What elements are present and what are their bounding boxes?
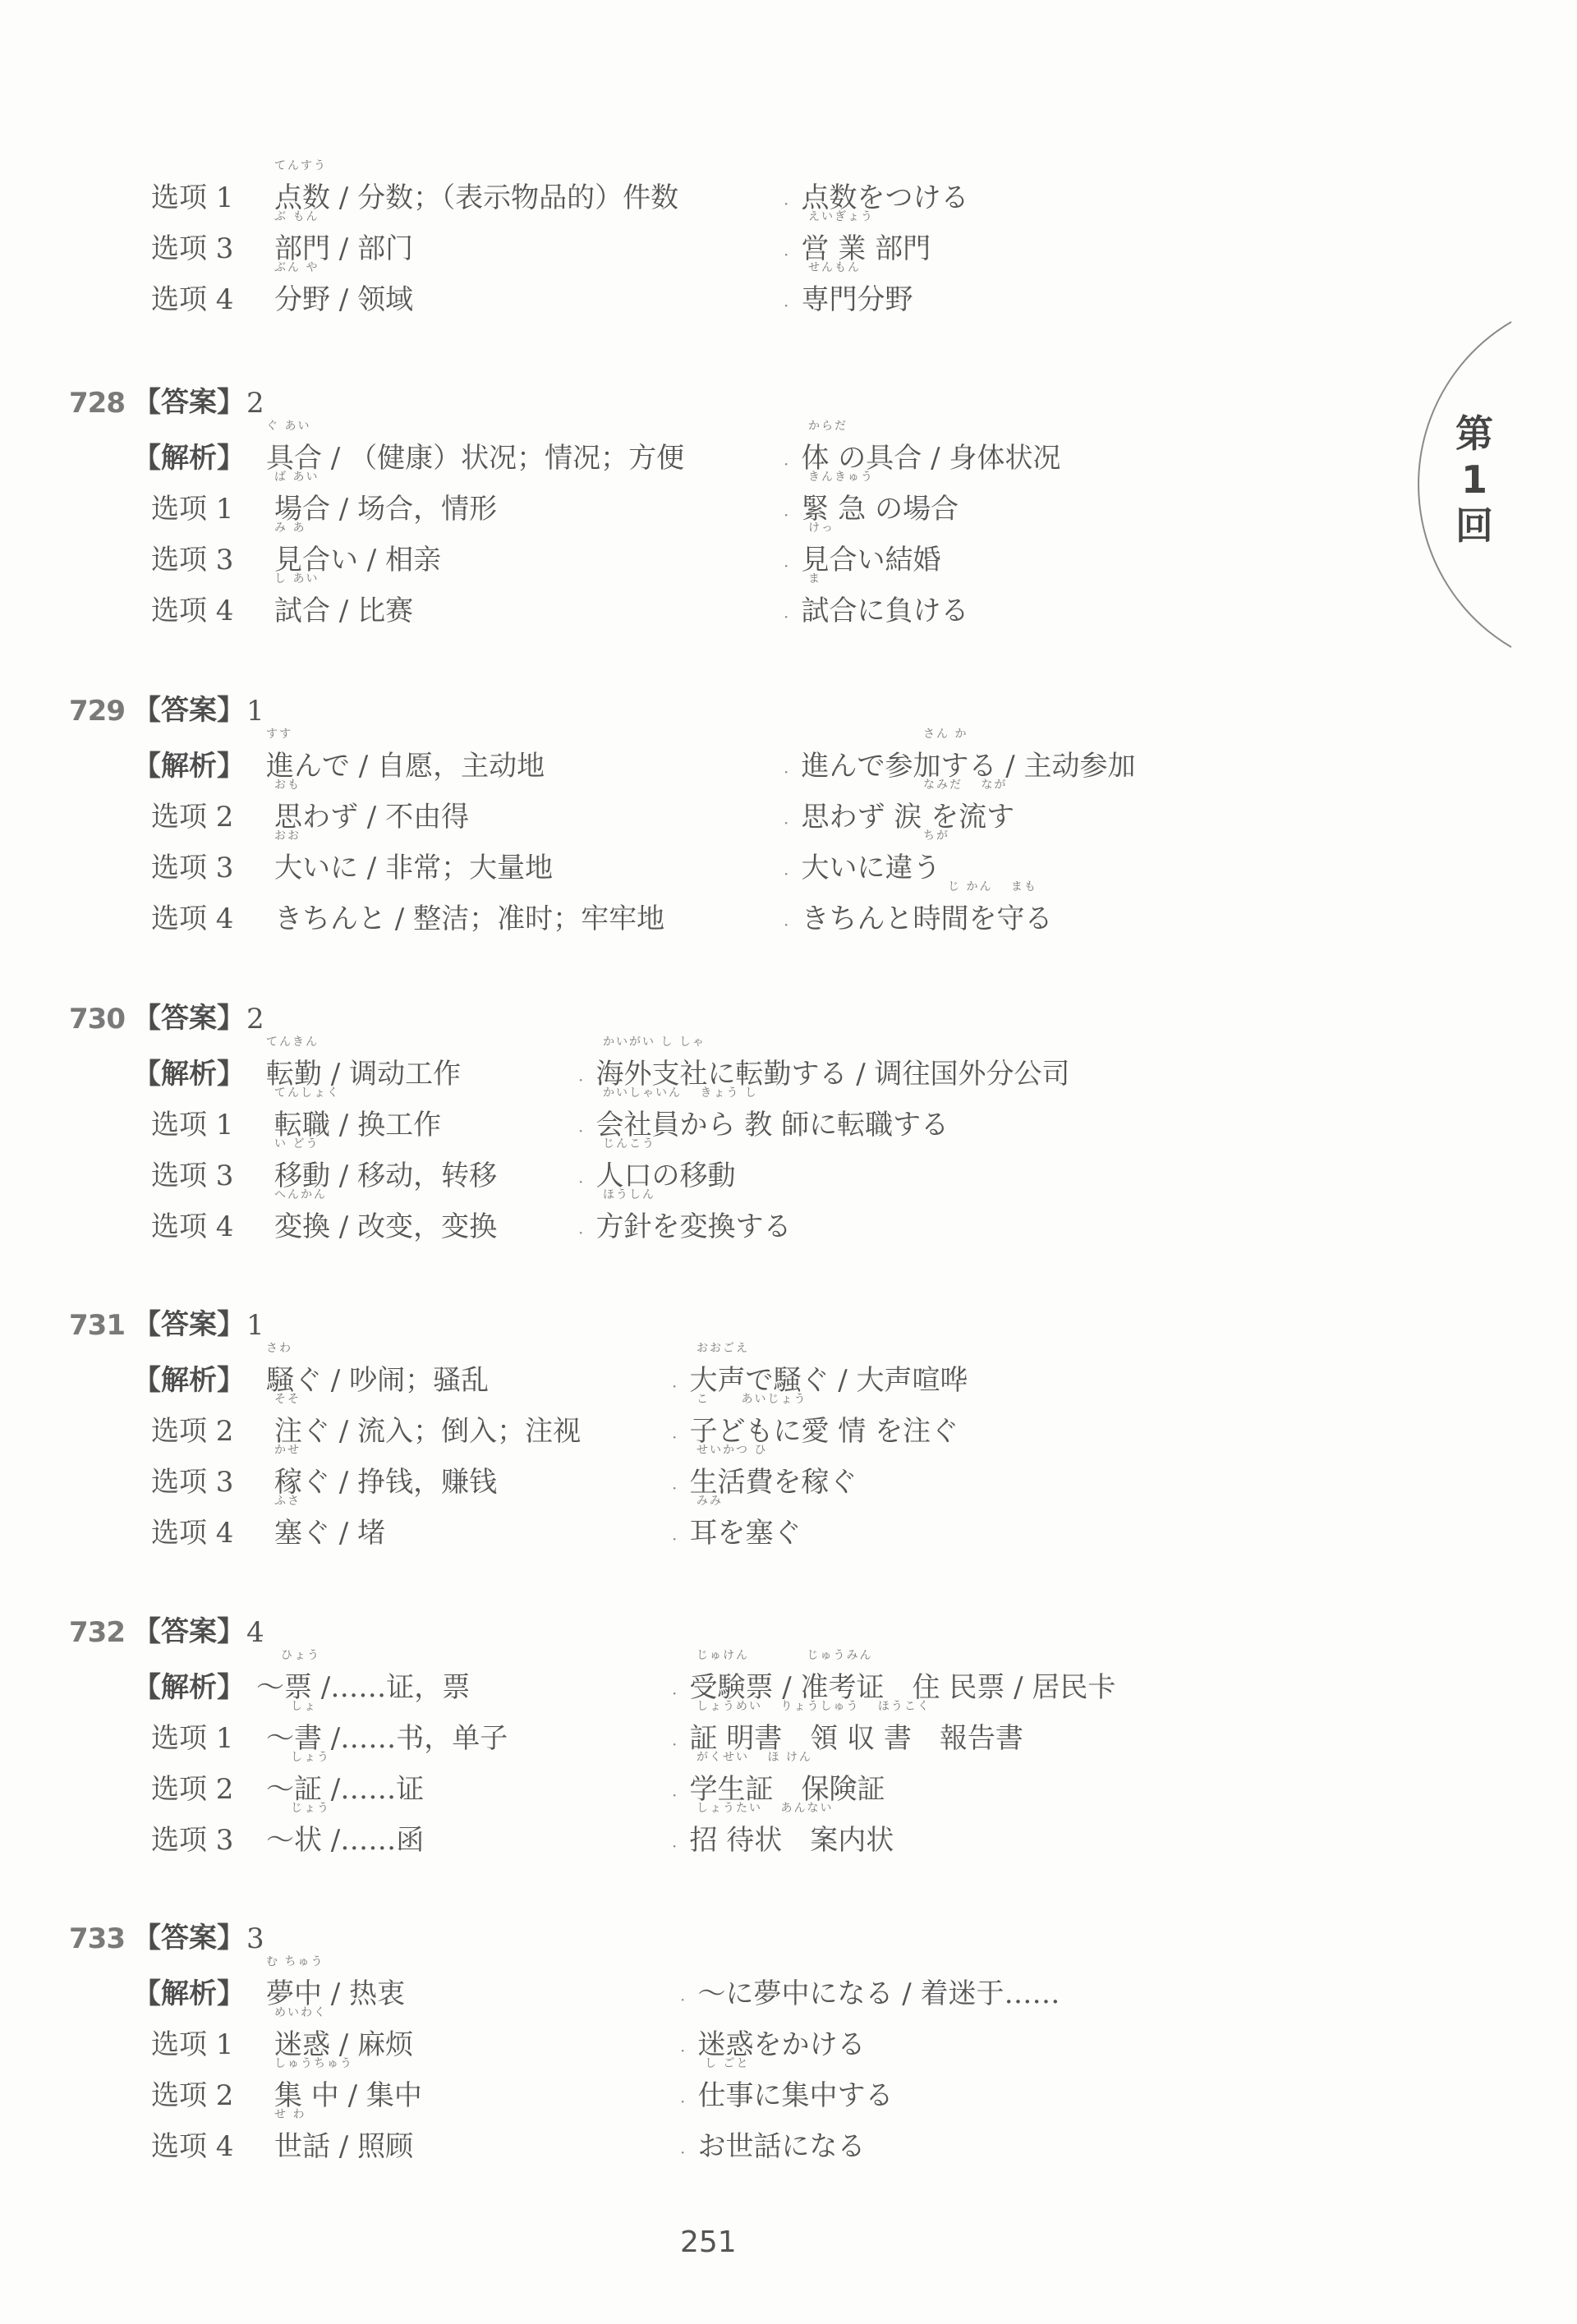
answer-line: 729 【答案】 1 — [69, 682, 264, 728]
example-text: 専門分野 — [801, 283, 913, 316]
example: · ～に夢中になる / 着迷于…… — [680, 1971, 1060, 2011]
term-text: 塞ぐ / 堵 — [274, 1517, 385, 1550]
example: · お世話になる — [680, 2124, 865, 2164]
option-label: 选项 3 — [151, 537, 233, 577]
term-ruby: すす — [266, 725, 292, 742]
question-number: 729 — [69, 695, 133, 728]
example-ruby: ま — [808, 570, 821, 586]
bullet-dot-icon: · — [672, 1734, 677, 1754]
term: おお 大いに / 非常；大量地 — [274, 845, 553, 885]
term: そそ 注ぐ / 流入；倒入；注视 — [274, 1408, 581, 1449]
option-label: 选项 4 — [151, 1510, 233, 1550]
example-text: きちんと時間を守る — [801, 903, 1052, 935]
bullet-dot-icon: · — [672, 1683, 677, 1703]
term: へんかん 変換 / 改变，变换 — [274, 1204, 497, 1244]
option-label: 选项 2 — [151, 2073, 233, 2113]
bullet-dot-icon: · — [784, 505, 788, 525]
term: ば あい 場合 / 场合，情形 — [274, 486, 497, 526]
term: てんすう 点数 / 分数；（表示物品的）件数 — [274, 175, 678, 215]
example-ruby: じんこう — [603, 1135, 655, 1151]
term-ruby: おも — [274, 776, 301, 792]
bullet-dot-icon: · — [680, 1990, 685, 2009]
term-ruby: かせ — [274, 1441, 301, 1458]
bullet-dot-icon: · — [680, 2041, 685, 2060]
term-text: 試合 / 比赛 — [274, 595, 413, 627]
term-ruby: む ちゅう — [266, 1953, 324, 1969]
term-text: 点数 / 分数；（表示物品的）件数 — [274, 181, 678, 214]
option-label: 选项 1 — [151, 175, 233, 215]
option-label: 选项 2 — [151, 1408, 233, 1449]
example-text: 仕事に集中する — [697, 2079, 893, 2112]
example-ruby: みみ — [697, 1492, 723, 1509]
example-ruby: せんもん — [808, 259, 861, 275]
question-number: 730 — [69, 1003, 133, 1036]
question-number: 731 — [69, 1309, 133, 1342]
example-ruby: けっ — [808, 519, 834, 535]
bullet-dot-icon: · — [578, 1070, 583, 1090]
term: おも 思わず / 不由得 — [274, 794, 469, 834]
example-ruby: かいがい し しゃ — [603, 1033, 706, 1049]
bullet-dot-icon: · — [672, 1529, 677, 1549]
example: · けっ 見合い結婚 — [784, 537, 940, 577]
answer-value: 1 — [246, 695, 264, 728]
option-label: 选项 4 — [151, 896, 233, 936]
term-ruby: てんすう — [274, 157, 327, 173]
option-label: 选项 3 — [151, 1153, 233, 1193]
example: · せんもん 専門分野 — [784, 277, 913, 317]
bullet-dot-icon: · — [784, 915, 788, 935]
term-ruby: み あ — [274, 519, 306, 535]
answer-label: 【答案】 — [133, 1302, 245, 1342]
answer-line: 728 【答案】 2 — [69, 374, 264, 420]
answer-label: 【答案】 — [133, 1915, 245, 1955]
option-label: 选项 2 — [151, 1766, 233, 1807]
bullet-dot-icon: · — [672, 1785, 677, 1805]
term-text: 具合 / （健康）状况；情况；方便 — [266, 442, 684, 475]
term-text: 分野 / 领域 — [274, 283, 413, 316]
bullet-dot-icon: · — [784, 194, 788, 214]
page-number: 251 — [680, 2225, 737, 2259]
term-ruby: ひょう — [281, 1647, 320, 1663]
example: · ちが 大いに違う — [784, 845, 940, 885]
term-ruby: へんかん — [274, 1186, 327, 1202]
term-text: ～票 /……证，票 — [256, 1671, 470, 1704]
term: ぶん や 分野 / 领域 — [274, 277, 413, 317]
term: きちんと / 整洁；准时；牢牢地 — [274, 896, 664, 936]
chapter-char: 第 — [1454, 411, 1495, 457]
term: じょう ～状 /……函 — [266, 1817, 424, 1858]
example: · ま 試合に負ける — [784, 588, 968, 628]
bullet-dot-icon: · — [784, 245, 788, 264]
term-text: 進んで / 自愿，主动地 — [266, 750, 545, 783]
option-label: 选项 4 — [151, 277, 233, 317]
bullet-dot-icon: · — [578, 1172, 583, 1192]
bullet-dot-icon: · — [672, 1836, 677, 1856]
chapter-char: 回 — [1454, 503, 1495, 549]
term: ふさ 塞ぐ / 堵 — [274, 1510, 385, 1550]
term-text: 注ぐ / 流入；倒入；注视 — [274, 1415, 581, 1448]
question-number: 733 — [69, 1922, 133, 1955]
term-ruby: てんきん — [266, 1033, 319, 1049]
bullet-dot-icon: · — [672, 1478, 677, 1498]
option-label: 选项 1 — [151, 2022, 233, 2062]
example-ruby: さん か — [923, 725, 968, 742]
example-text: 思わず 涙 を流す — [801, 801, 1014, 834]
chapter-side-tab: 第 1 回 — [1396, 320, 1577, 649]
term: し あい 試合 / 比赛 — [274, 588, 413, 628]
term: ぐ あい 具合 / （健康）状况；情况；方便 — [266, 435, 684, 475]
analysis-label: 【解析】 — [133, 435, 245, 475]
example-ruby: し ごと — [705, 2055, 749, 2071]
term: すす 進んで / 自愿，主动地 — [266, 743, 545, 783]
option-label: 选项 1 — [151, 1715, 233, 1756]
answer-line: 730 【答案】 2 — [69, 990, 264, 1036]
analysis-label: 【解析】 — [133, 1971, 245, 2011]
analysis-label: 【解析】 — [133, 1051, 245, 1091]
bullet-dot-icon: · — [784, 762, 788, 782]
example-ruby: しょうたい あんない — [697, 1799, 833, 1816]
example-ruby: なみだ なが — [923, 776, 1007, 792]
term-ruby: ふさ — [274, 1492, 301, 1509]
bullet-dot-icon: · — [784, 454, 788, 474]
example-ruby: じゅけん じゅうみん — [697, 1647, 872, 1663]
example: · し ごと 仕事に集中する — [680, 2073, 893, 2113]
option-label: 选项 4 — [151, 2124, 233, 2164]
example-ruby: しょうめい りょうしゅう ほうこく — [697, 1697, 931, 1714]
term-text: ～状 /……函 — [266, 1824, 424, 1857]
term-ruby: めいわく — [274, 2004, 327, 2020]
bullet-dot-icon: · — [784, 864, 788, 884]
question-number: 732 — [69, 1616, 133, 1649]
answer-value: 2 — [246, 387, 264, 420]
bullet-dot-icon: · — [784, 296, 788, 315]
term-ruby: ぶん や — [274, 259, 319, 275]
term-text: ～証 /……证 — [266, 1773, 424, 1806]
example: · みみ 耳を塞ぐ — [672, 1510, 801, 1550]
option-label: 选项 1 — [151, 486, 233, 526]
example-text: 方針を変換する — [595, 1210, 791, 1243]
example-ruby: えいぎょう — [808, 208, 874, 224]
bullet-dot-icon: · — [578, 1223, 583, 1242]
bullet-dot-icon: · — [784, 556, 788, 576]
analysis-label: 【解析】 — [133, 1665, 245, 1705]
example-ruby: がくせい ほ けん — [697, 1748, 812, 1765]
term: かせ 稼ぐ / 挣钱，赚钱 — [274, 1459, 497, 1500]
bullet-dot-icon: · — [672, 1376, 677, 1396]
example-ruby: きんきゅう — [808, 468, 874, 485]
answer-value: 1 — [246, 1309, 264, 1342]
option-label: 选项 3 — [151, 226, 233, 266]
example-ruby: せいかつ ひ — [697, 1441, 767, 1458]
book-page: 选项 1 てんすう 点数 / 分数；（表示物品的）件数 · 点数をつける 选项 … — [0, 0, 1577, 2324]
answer-value: 3 — [246, 1922, 264, 1955]
term-text: 変換 / 改变，变换 — [274, 1210, 497, 1243]
term-ruby: ば あい — [274, 468, 319, 485]
question-number: 728 — [69, 387, 133, 420]
example-text: 見合い結婚 — [801, 544, 940, 576]
term-ruby: さわ — [266, 1339, 292, 1356]
example-text: 招 待状 案内状 — [689, 1824, 894, 1857]
term-ruby: ぶ もん — [274, 208, 319, 224]
option-label: 选项 3 — [151, 1459, 233, 1500]
term: せ わ 世話 / 照顾 — [274, 2124, 413, 2164]
analysis-label: 【解析】 — [133, 743, 245, 783]
answer-line: 733 【答案】 3 — [69, 1909, 264, 1955]
bullet-dot-icon: · — [784, 607, 788, 627]
example: · じんこう 人口の移動 — [578, 1153, 735, 1193]
bullet-dot-icon: · — [680, 2143, 685, 2162]
answer-value: 4 — [246, 1616, 264, 1649]
term-ruby: そそ — [274, 1390, 301, 1407]
option-label: 选项 4 — [151, 588, 233, 628]
term-ruby: しょ — [291, 1697, 317, 1714]
example: · じ かん まも きちんと時間を守る — [784, 896, 1052, 936]
bullet-dot-icon: · — [578, 1121, 583, 1141]
analysis-label: 【解析】 — [133, 1357, 245, 1398]
option-label: 选项 3 — [151, 845, 233, 885]
chapter-char: 1 — [1454, 457, 1495, 503]
term-ruby: てんしょく — [274, 1084, 340, 1100]
example-text: 耳を塞ぐ — [689, 1517, 801, 1550]
answer-line: 731 【答案】 1 — [69, 1296, 264, 1342]
term-text: きちんと / 整洁；准时；牢牢地 — [274, 903, 664, 935]
answer-label: 【答案】 — [133, 687, 245, 728]
example-ruby: かいしゃいん きょう し — [603, 1084, 758, 1100]
example: · ほうしん 方針を変換する — [578, 1204, 791, 1244]
example-text: お世話になる — [697, 2130, 865, 2163]
term-text: 思わず / 不由得 — [274, 801, 469, 834]
answer-label: 【答案】 — [133, 995, 245, 1036]
answer-line: 732 【答案】 4 — [69, 1603, 264, 1649]
example-ruby: ちが — [923, 827, 949, 843]
example-ruby: じ かん まも — [948, 878, 1037, 894]
example-text: 大いに違う — [801, 852, 940, 884]
term-text: 大いに / 非常；大量地 — [274, 852, 553, 884]
term: しょう ～証 /……证 — [266, 1766, 424, 1807]
answer-label: 【答案】 — [133, 1609, 245, 1649]
term-ruby: ぐ あい — [266, 417, 310, 434]
example-ruby: おおごえ — [697, 1339, 749, 1356]
example-ruby: からだ — [808, 417, 848, 434]
example: · しょうたい あんない 招 待状 案内状 — [672, 1817, 894, 1858]
example-ruby: こ あいじょう — [697, 1390, 807, 1407]
term-ruby: しゅうちゅう — [274, 2055, 353, 2071]
bullet-dot-icon: · — [680, 2092, 685, 2111]
example: · なみだ なが 思わず 涙 を流す — [784, 794, 1014, 834]
example-text: 試合に負ける — [801, 595, 968, 627]
term-ruby: い どう — [274, 1135, 319, 1151]
term-ruby: せ わ — [274, 2106, 306, 2122]
option-label: 选项 1 — [151, 1102, 233, 1142]
bullet-dot-icon: · — [784, 813, 788, 833]
option-label: 选项 4 — [151, 1204, 233, 1244]
term: ひょう ～票 /……证，票 — [256, 1665, 470, 1705]
answer-label: 【答案】 — [133, 379, 245, 420]
term-text: 場合 / 场合，情形 — [274, 493, 497, 526]
example-ruby: ほうしん — [603, 1186, 655, 1202]
term-text: 稼ぐ / 挣钱，赚钱 — [274, 1466, 497, 1499]
chapter-label: 第 1 回 — [1454, 411, 1495, 549]
bullet-dot-icon: · — [672, 1427, 677, 1447]
term-ruby: しょう — [291, 1748, 330, 1765]
option-label: 选项 2 — [151, 794, 233, 834]
term-ruby: おお — [274, 827, 301, 843]
option-label: 选项 3 — [151, 1817, 233, 1858]
term-ruby: し あい — [274, 570, 319, 586]
term-ruby: じょう — [291, 1799, 330, 1816]
example-text: ～に夢中になる / 着迷于…… — [697, 1977, 1060, 2010]
term-text: 世話 / 照顾 — [274, 2130, 413, 2163]
answer-value: 2 — [246, 1003, 264, 1036]
